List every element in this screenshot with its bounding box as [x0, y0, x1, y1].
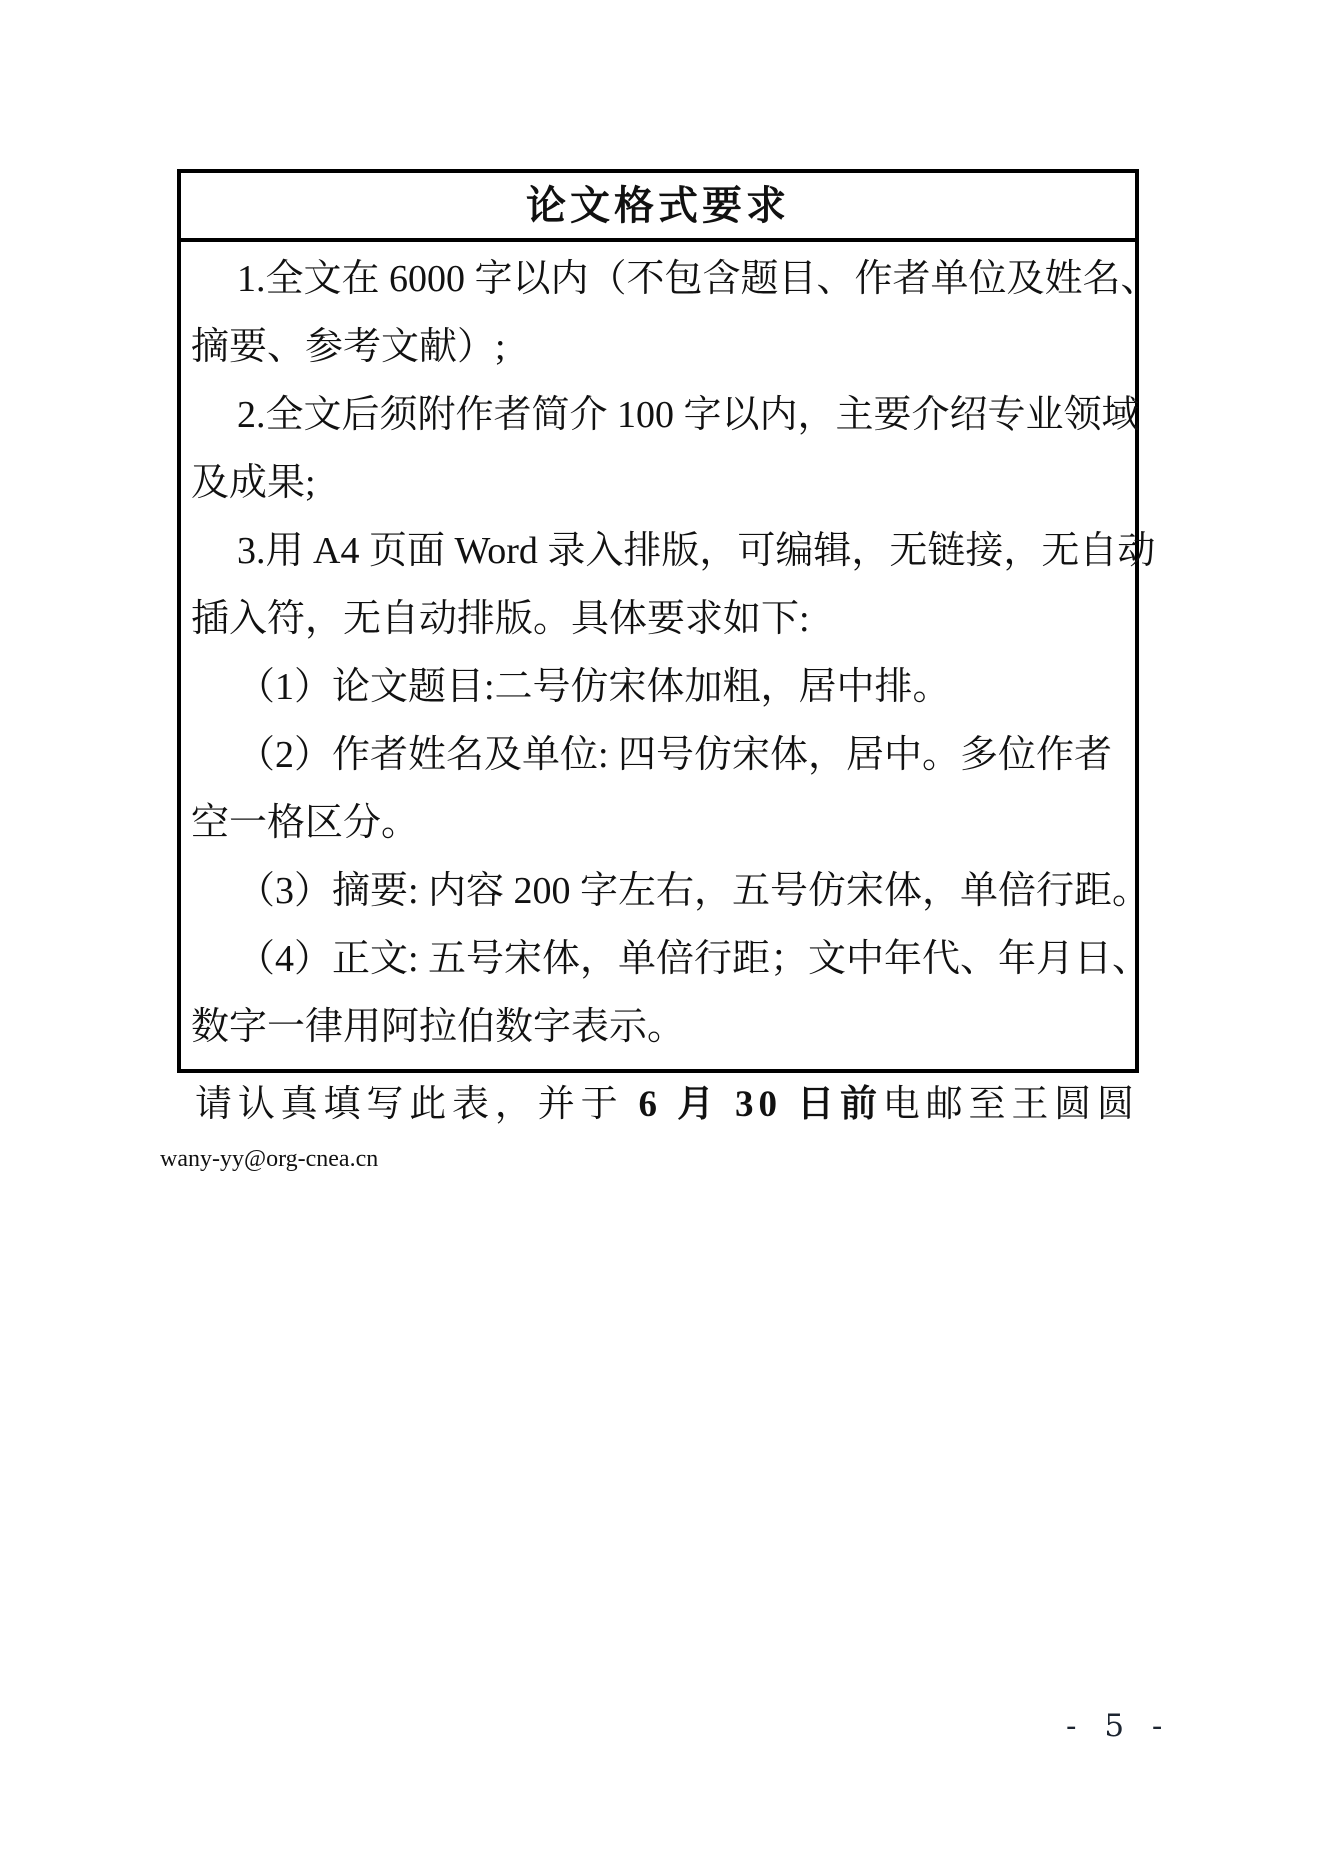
document-page: 论文格式要求 1.全文在 6000 字以内（不包含题目、作者单位及姓名、摘要、参…: [0, 0, 1323, 1871]
format-line: （1）论文题目:二号仿宋体加粗，居中排。: [181, 653, 1135, 721]
note-text: 电邮至王圆圆: [883, 1084, 1139, 1125]
format-line: （2）作者姓名及单位: 四号仿宋体，居中。多位作者: [181, 721, 1135, 789]
format-line: 3.用 A4 页面 Word 录入排版，可编辑，无链接，无自动: [181, 517, 1135, 585]
note-text: 请认真填写此表，并于: [195, 1084, 639, 1125]
format-line: （4）正文: 五号宋体，单倍行距；文中年代、年月日、: [181, 925, 1135, 993]
contact-email: wany-yy@org-cnea.cn: [160, 1146, 378, 1173]
format-line: 空一格区分。: [181, 789, 1135, 857]
format-line: 2.全文后须附作者简介 100 字以内，主要介绍专业领域: [181, 381, 1135, 449]
format-box-title: 论文格式要求: [181, 173, 1135, 242]
format-line: 插入符，无自动排版。具体要求如下:: [181, 585, 1135, 653]
format-line: 1.全文在 6000 字以内（不包含题目、作者单位及姓名、: [181, 245, 1135, 313]
deadline-bold-text: 6 月 30 日前: [639, 1084, 883, 1125]
submission-note: 请认真填写此表，并于 6 月 30 日前电邮至王圆圆: [177, 1082, 1139, 1128]
paper-format-requirements-box: 论文格式要求 1.全文在 6000 字以内（不包含题目、作者单位及姓名、摘要、参…: [177, 169, 1139, 1073]
page-number: - 5 -: [1066, 1708, 1171, 1744]
format-line: 摘要、参考文献）;: [181, 313, 1135, 381]
format-line: 及成果;: [181, 449, 1135, 517]
format-line: （3）摘要: 内容 200 字左右，五号仿宋体，单倍行距。: [181, 857, 1135, 925]
format-lines: 1.全文在 6000 字以内（不包含题目、作者单位及姓名、摘要、参考文献）;2.…: [181, 242, 1135, 1061]
format-line: 数字一律用阿拉伯数字表示。: [181, 993, 1135, 1061]
